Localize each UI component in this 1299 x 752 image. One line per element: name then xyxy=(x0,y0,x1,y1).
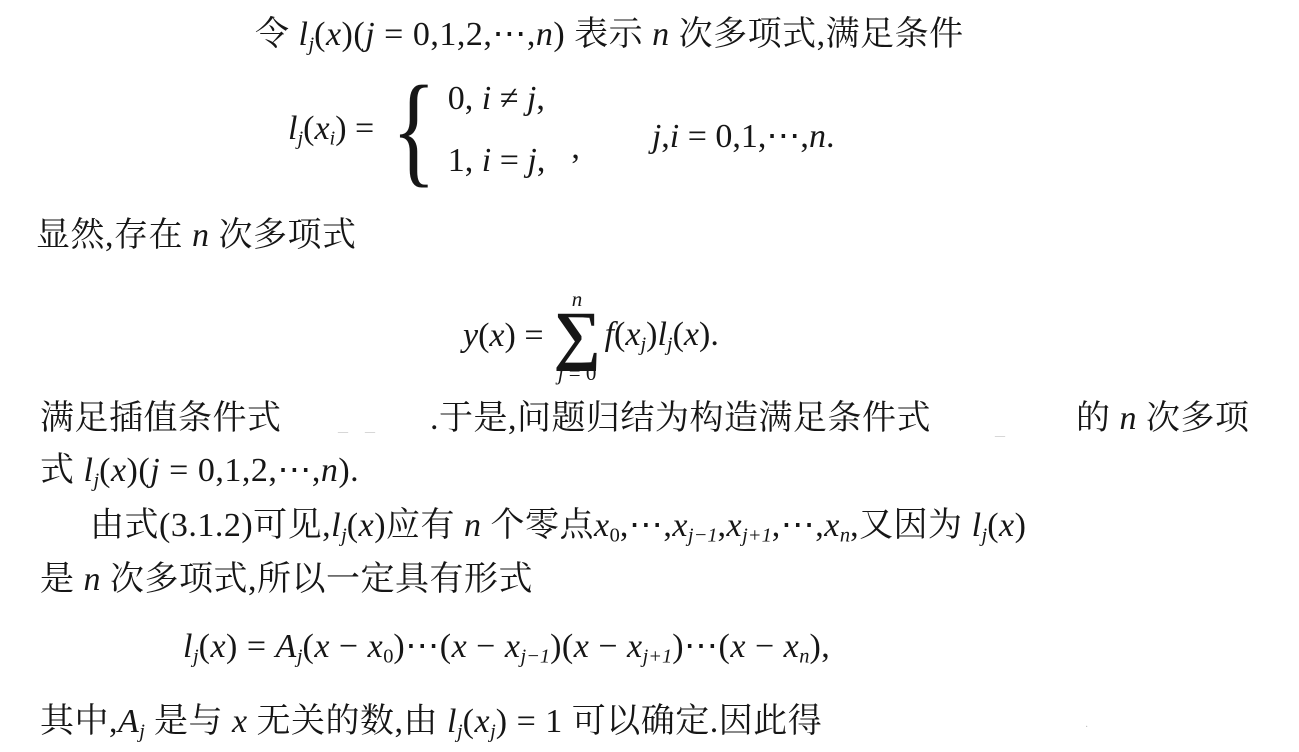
summation-formula: y(x) = n ∑ j = 0 f(xj)lj(x). xyxy=(463,286,719,386)
cases-formula-lhs: lj(xi) = xyxy=(288,110,374,151)
text-line-intro: 令 lj(x)(j = 0,1,2,⋯,n) 表示 n 次多项式,满足条件 xyxy=(255,12,964,68)
text-line-A-j-determined: 其中,Aj 是与 x 无关的数,由 lj(xj) = 1 可以确定.因此得 xyxy=(40,699,822,752)
sum-formula-lhs: y(x) = xyxy=(463,317,544,355)
cases-row-bottom: 1, i = j, xyxy=(448,143,546,179)
sigma-block: n ∑ j = 0 xyxy=(554,289,601,383)
text-line-zeros-argument: 由式(3.1.2)可见,lj(x)应有 n 个零点x0,⋯,xj−1,xj+1,… xyxy=(90,503,1026,559)
text-line-must-have-form: 是 n 次多项式,所以一定具有形式 xyxy=(40,557,533,603)
scan-speck: · xyxy=(1085,722,1088,733)
text-line-satisfies-condition-part1: 满足插值条件式 xyxy=(40,396,282,442)
cases-index-condition: j,i = 0,1,⋯,n. xyxy=(652,116,835,156)
sum-formula-rhs: f(xj)lj(x). xyxy=(605,316,719,357)
text-line-satisfies-condition-part3: 的 n 次多项 xyxy=(1076,396,1250,442)
erased-formula-reference-2: – xyxy=(995,424,1011,447)
text-line-obviously-exists: 显然,存在 n 次多项式 xyxy=(36,213,357,259)
cases-rows: 0, i ≠ j, 1, i = j, xyxy=(448,81,546,179)
cases-row-top: 0, i ≠ j, xyxy=(448,81,546,117)
sigma-lower-limit: j = 0 xyxy=(558,363,597,383)
erased-formula-reference-1: – – xyxy=(338,420,381,443)
cases-formula: lj(xi) = { 0, i ≠ j, 1, i = j, , j,i = 0… xyxy=(288,76,834,184)
left-brace: { xyxy=(392,80,437,180)
text-line-polynomial-continuation: 式 lj(x)(j = 0,1,2,⋯,n). xyxy=(40,448,359,504)
cases-outer-comma: , xyxy=(571,129,580,167)
sigma-symbol: ∑ xyxy=(554,309,601,363)
scanned-textbook-page: 令 lj(x)(j = 0,1,2,⋯,n) 表示 n 次多项式,满足条件 lj… xyxy=(0,0,1299,752)
text-line-satisfies-condition-part2: .于是,问题归结为构造满足条件式 xyxy=(430,396,931,442)
product-formula: lj(x) = Aj(x − x0)⋯(x − xj−1)(x − xj+1)⋯… xyxy=(183,624,830,680)
